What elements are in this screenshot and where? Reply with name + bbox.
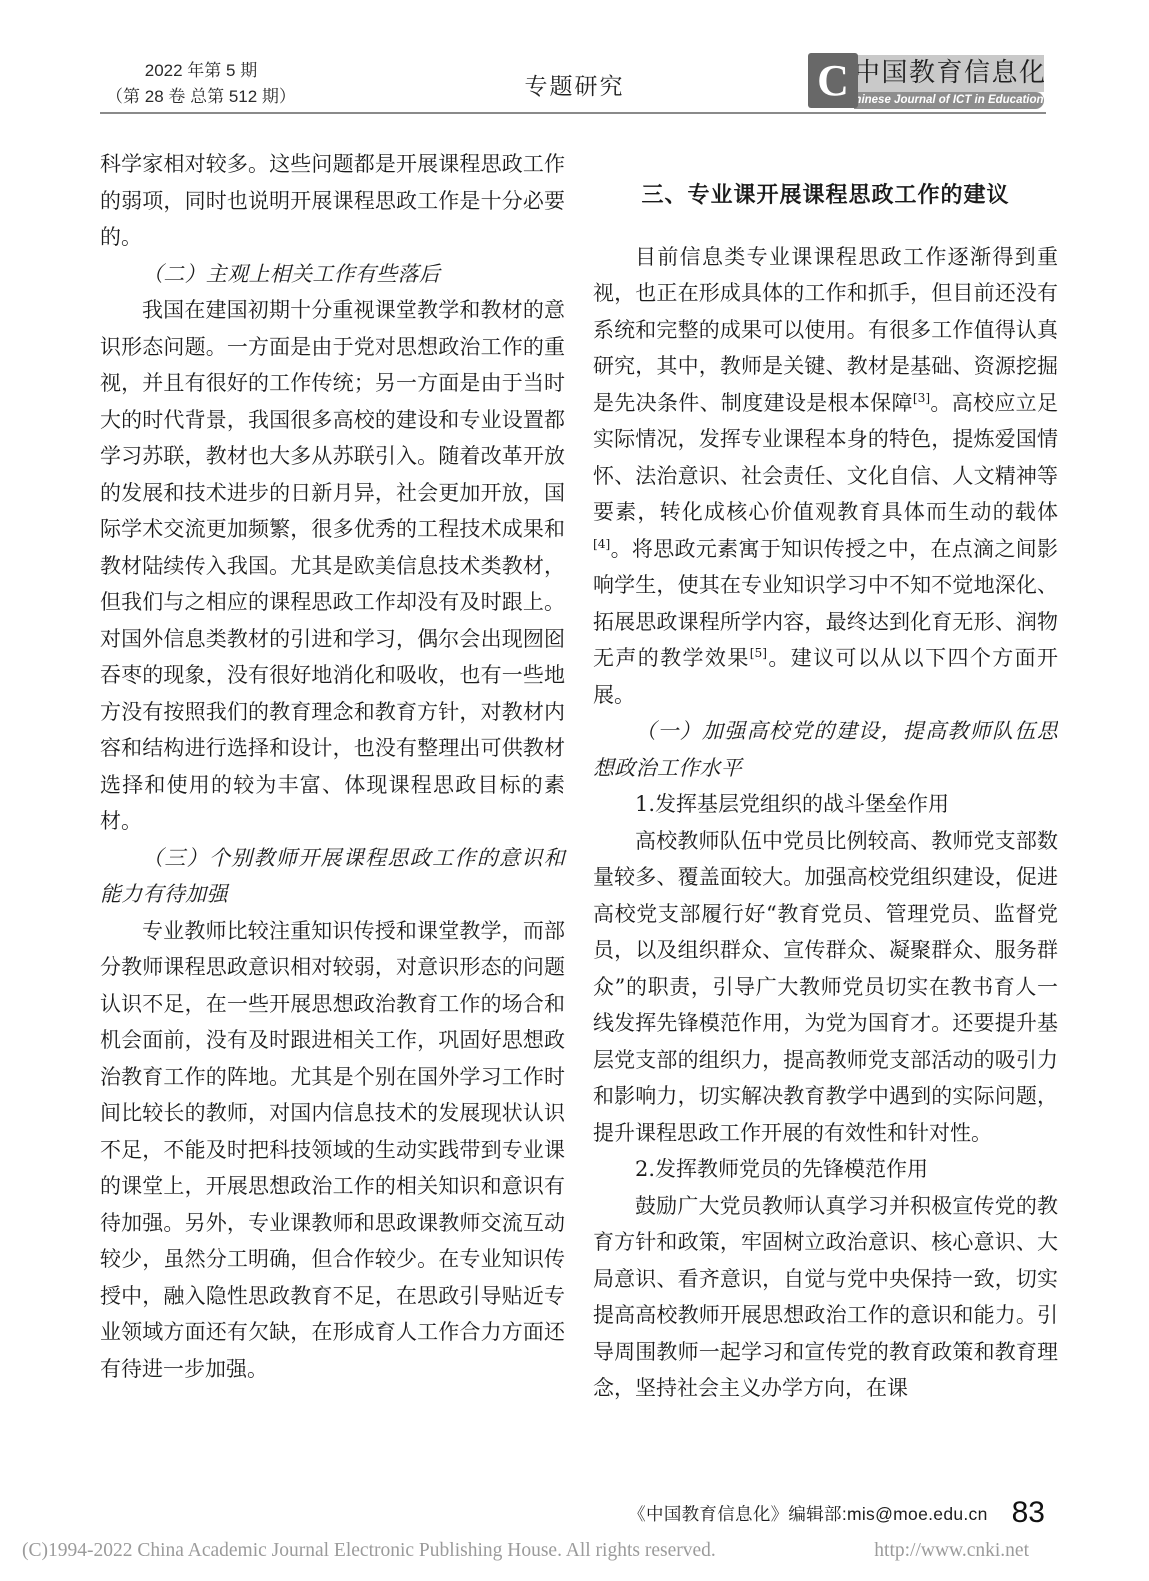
text-block-heading: 三、专业课开展课程思政工作的建议 [593,181,1058,209]
journal-logo-initial: C [808,53,858,108]
reference-marker: [5] [750,646,767,660]
copyright-text: (C)1994-2022 China Academic Journal Elec… [22,1540,716,1562]
header-divider [100,112,1046,114]
page-number: 83 [1012,1496,1045,1530]
text-block-continuation: 科学家相对较多。这些问题都是开展课程思政工作的弱项，同时也说明开展课程思政工作是… [100,146,565,256]
text-block-paragraph: 专业教师比较注重知识传授和课堂教学，而部分教师课程思政意识相对较弱，对意识形态的… [100,913,565,1388]
article-body: 科学家相对较多。这些问题都是开展课程思政工作的弱项，同时也说明开展课程思政工作是… [100,146,1058,1476]
reference-marker: [3] [913,391,930,405]
copyright-bar: (C)1994-2022 China Academic Journal Elec… [22,1540,1029,1562]
text-block-subheading: （二）主观上相关工作有些落后 [100,256,565,293]
reference-marker: [4] [593,537,610,551]
text-block-numbered: 2.发挥教师党员的先锋模范作用 [593,1151,1058,1188]
text-block-numbered: 1.发挥基层党组织的战斗堡垒作用 [593,786,1058,823]
journal-logo-title-en: hinese Journal of ICT in Education [854,92,1044,109]
text-block-paragraph: 鼓励广大党员教师认真学习并积极宣传党的教育方针和政策，牢固树立政治意识、核心意识… [593,1188,1058,1407]
right-column: 三、专业课开展课程思政工作的建议目前信息类专业课课程思政工作逐渐得到重视，也正在… [593,146,1058,1476]
left-column: 科学家相对较多。这些问题都是开展课程思政工作的弱项，同时也说明开展课程思政工作是… [100,146,565,1476]
journal-logo: 中国教育信息化 hinese Journal of ICT in Educati… [808,53,1044,109]
text-block-paragraph: 目前信息类专业课课程思政工作逐渐得到重视，也正在形成具体的工作和抓手，但目前还没… [593,239,1058,714]
copyright-url: http://www.cnki.net [874,1540,1029,1562]
footer-editorial-contact: 《中国教育信息化》编辑部:mis@moe.edu.cn [628,1501,987,1526]
journal-logo-title-cn: 中国教育信息化 [854,55,1044,92]
text-block-paragraph: 我国在建国初期十分重视课堂教学和教材的意识形态问题。一方面是由于党对思想政治工作… [100,292,565,840]
text-block-subheading: （三）个别教师开展课程思政工作的意识和能力有待加强 [100,840,565,913]
text-block-subheading: （一）加强高校党的建设，提高教师队伍思想政治工作水平 [593,713,1058,786]
journal-page: 2022 年第 5 期 （第 28 卷 总第 512 期） 专题研究 中国教育信… [0,0,1149,1581]
footer: 《中国教育信息化》编辑部:mis@moe.edu.cn 83 [628,1496,1045,1530]
text-block-paragraph: 高校教师队伍中党员比例较高、教师党支部数量较多、覆盖面较大。加强高校党组织建设，… [593,823,1058,1152]
